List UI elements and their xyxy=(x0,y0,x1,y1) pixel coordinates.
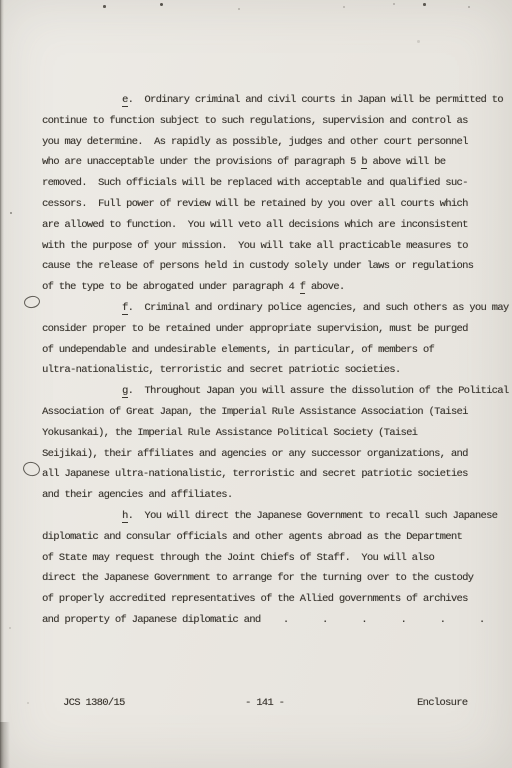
hole-punch-mark xyxy=(23,295,41,310)
text-segment: Association of Great Japan, the Imperial… xyxy=(42,406,468,418)
text-segment: Seijikai), their affiliates and agencies… xyxy=(42,448,468,460)
text-segment: . Throughout Japan you will assure the d… xyxy=(128,385,509,397)
document-line: direct the Japanese Government to arrang… xyxy=(42,568,508,589)
hole-punch-mark xyxy=(22,460,42,478)
document-line: with the purpose of your mission. You wi… xyxy=(42,236,508,257)
document-line: are allowed to function. You will veto a… xyxy=(42,215,508,236)
text-segment: diplomatic and consular officials and ot… xyxy=(42,531,462,543)
text-segment: direct the Japanese Government to arrang… xyxy=(42,572,473,584)
footer-enclosure-label: Enclosure xyxy=(417,697,467,709)
text-segment: you may determine. As rapidly as possibl… xyxy=(42,136,468,148)
text-segment: cessors. Full power of review will be re… xyxy=(42,198,468,210)
text-segment: with the purpose of your mission. You wi… xyxy=(42,240,468,252)
document-footer: JCS 1380/15 - 141 - Enclosure xyxy=(0,697,512,713)
document-line: cessors. Full power of review will be re… xyxy=(42,194,508,215)
text-segment: of State may request through the Joint C… xyxy=(42,552,434,564)
paper-speck xyxy=(160,3,163,6)
document-line: you may determine. As rapidly as possibl… xyxy=(42,132,508,153)
text-segment: Yokusankai), the Imperial Rule Assistanc… xyxy=(42,427,417,439)
text-segment: . Ordinary criminal and civil courts in … xyxy=(128,94,503,106)
text-segment: all Japanese ultra-nationalistic, terror… xyxy=(42,468,468,480)
paper-speck xyxy=(423,3,426,6)
document-line: who are unacceptable under the provision… xyxy=(42,152,508,173)
document-line: all Japanese ultra-nationalistic, terror… xyxy=(42,464,508,485)
document-line: and property of Japanese diplomatic and … xyxy=(42,610,508,631)
document-line: removed. Such officials will be replaced… xyxy=(42,173,508,194)
paper-speck xyxy=(417,40,420,43)
document-line: Yokusankai), the Imperial Rule Assistanc… xyxy=(42,423,508,444)
document-line: continue to function subject to such reg… xyxy=(42,111,508,132)
text-segment: . You will direct the Japanese Governmen… xyxy=(128,510,498,522)
document-line: e. Ordinary criminal and civil courts in… xyxy=(42,90,508,111)
document-line: h. You will direct the Japanese Governme… xyxy=(42,506,508,527)
text-segment: consider proper to be retained under app… xyxy=(42,323,468,335)
text-segment: and property of Japanese diplomatic and … xyxy=(42,614,484,626)
text-segment: of undependable and undesirable elements… xyxy=(42,344,434,356)
text-segment: of the type to be abrogated under paragr… xyxy=(42,281,300,293)
paper-speck xyxy=(393,3,395,5)
document-line: and their agencies and affiliates. xyxy=(42,485,508,506)
document-line: consider proper to be retained under app… xyxy=(42,319,508,340)
text-segment: are allowed to function. You will veto a… xyxy=(42,219,468,231)
paper-speck xyxy=(10,212,12,214)
text-segment: . Criminal and ordinary police agencies,… xyxy=(128,302,509,314)
text-segment: above will be xyxy=(367,156,445,168)
document-line: Association of Great Japan, the Imperial… xyxy=(42,402,508,423)
footer-page-number: - 141 - xyxy=(245,697,284,709)
text-segment: who are unacceptable under the provision… xyxy=(42,156,361,168)
paper-speck xyxy=(238,8,240,10)
paper-speck xyxy=(9,627,11,629)
paper-speck xyxy=(343,6,345,8)
footer-doc-number: JCS 1380/15 xyxy=(63,697,125,709)
paper-speck xyxy=(468,6,470,8)
paper-speck xyxy=(27,702,29,704)
text-segment: cause the release of persons held in cus… xyxy=(42,260,473,272)
document-line: of the type to be abrogated under paragr… xyxy=(42,277,508,298)
text-segment: ultra-nationalistic, terroristic and sec… xyxy=(42,364,400,376)
document-page: e. Ordinary criminal and civil courts in… xyxy=(0,0,512,768)
document-line: ultra-nationalistic, terroristic and sec… xyxy=(42,360,508,381)
document-line: of State may request through the Joint C… xyxy=(42,548,508,569)
document-line: f. Criminal and ordinary police agencies… xyxy=(42,298,508,319)
document-line: Seijikai), their affiliates and agencies… xyxy=(42,444,508,465)
document-line: diplomatic and consular officials and ot… xyxy=(42,527,508,548)
document-body: e. Ordinary criminal and civil courts in… xyxy=(42,90,508,631)
document-line: of properly accredited representatives o… xyxy=(42,589,508,610)
paper-speck xyxy=(103,5,106,8)
document-line: g. Throughout Japan you will assure the … xyxy=(42,381,508,402)
scan-edge-shadow xyxy=(0,0,4,768)
text-segment: above. xyxy=(305,281,344,293)
text-segment: continue to function subject to such reg… xyxy=(42,115,468,127)
text-segment: of properly accredited representatives o… xyxy=(42,593,468,605)
text-segment: and their agencies and affiliates. xyxy=(42,489,232,501)
document-line: cause the release of persons held in cus… xyxy=(42,256,508,277)
document-line: of undependable and undesirable elements… xyxy=(42,340,508,361)
text-segment: removed. Such officials will be replaced… xyxy=(42,177,468,189)
